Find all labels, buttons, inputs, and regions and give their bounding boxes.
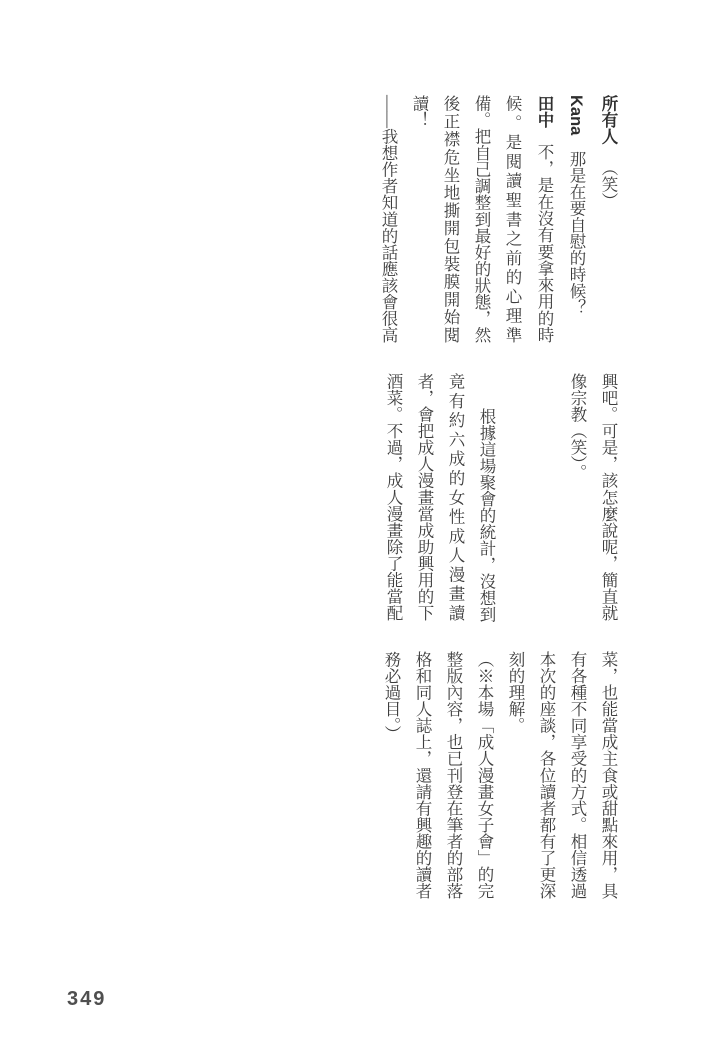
text-band-1: 所有人（笑） Kana那是在要自慰的時候？ 田中不，是在沒有要拿來用的時 候。是… [373,95,624,343]
text-column: 備。把自己調整到最好的狀態，然 [466,95,497,343]
column-text: 不，是在沒有要拿來用的時 [535,143,554,343]
page-number: 349 [67,988,106,1011]
text-column: 竟有約六成的女性成人漫畫讀 [440,373,471,621]
text-column: 務必過目。） [376,651,407,899]
text-column: 刻的理解。 [500,651,531,899]
column-text: （笑） [599,160,618,210]
speaker-name: Kana [567,95,585,135]
text-column: 後正襟危坐地撕開包裝膜開始閱 [435,95,466,343]
text-column: 格和同人誌上，還請有興趣的讀者 [407,651,438,899]
text-column: 者，會把成人漫畫當成助興用的下 [409,373,440,621]
text-column: ——我想作者知道的話應該會很高 [373,95,404,343]
text-column: （※本場「成人漫畫女子會」的完 [469,651,500,899]
text-column: 根據這場聚會的統計，沒想到 [471,373,502,621]
text-column: 本次的座談，各位讀者都有了更深 [531,651,562,899]
text-column: 興吧。可是，該怎麼說呢，簡直就 [593,373,624,621]
dialogue-column: 所有人（笑） [592,95,624,343]
text-column: 菜，也能當成主食或甜點來用，具 [593,651,624,899]
text-column: 整版內容，也已刊登在筆者的部落 [438,651,469,899]
dialogue-column: Kana那是在要自慰的時候？ [560,95,592,343]
dialogue-column: 田中不，是在沒有要拿來用的時 [528,95,560,343]
column-text: 那是在要自慰的時候？ [567,150,586,315]
text-column: 像宗教（笑）。 [562,373,593,621]
speaker-name: 所有人 [599,95,617,145]
speaker-name: 田中 [535,95,553,128]
text-column: 候。是閱讀聖書之前的心理準 [497,95,528,343]
text-column: 讀！ [404,95,435,343]
text-band-2: 興吧。可是，該怎麼說呢，簡直就 像宗教（笑）。 根據這場聚會的統計，沒想到 竟有… [378,373,624,621]
text-area: 所有人（笑） Kana那是在要自慰的時候？ 田中不，是在沒有要拿來用的時 候。是… [373,95,624,899]
text-band-3: 菜，也能當成主食或甜點來用，具 有各種不同享受的方式。相信透過 本次的座談，各位… [376,651,624,899]
text-column: 酒菜。不過，成人漫畫除了能當配 [378,373,409,621]
text-column: 有各種不同享受的方式。相信透過 [562,651,593,899]
book-page: 所有人（笑） Kana那是在要自慰的時候？ 田中不，是在沒有要拿來用的時 候。是… [0,0,710,1050]
